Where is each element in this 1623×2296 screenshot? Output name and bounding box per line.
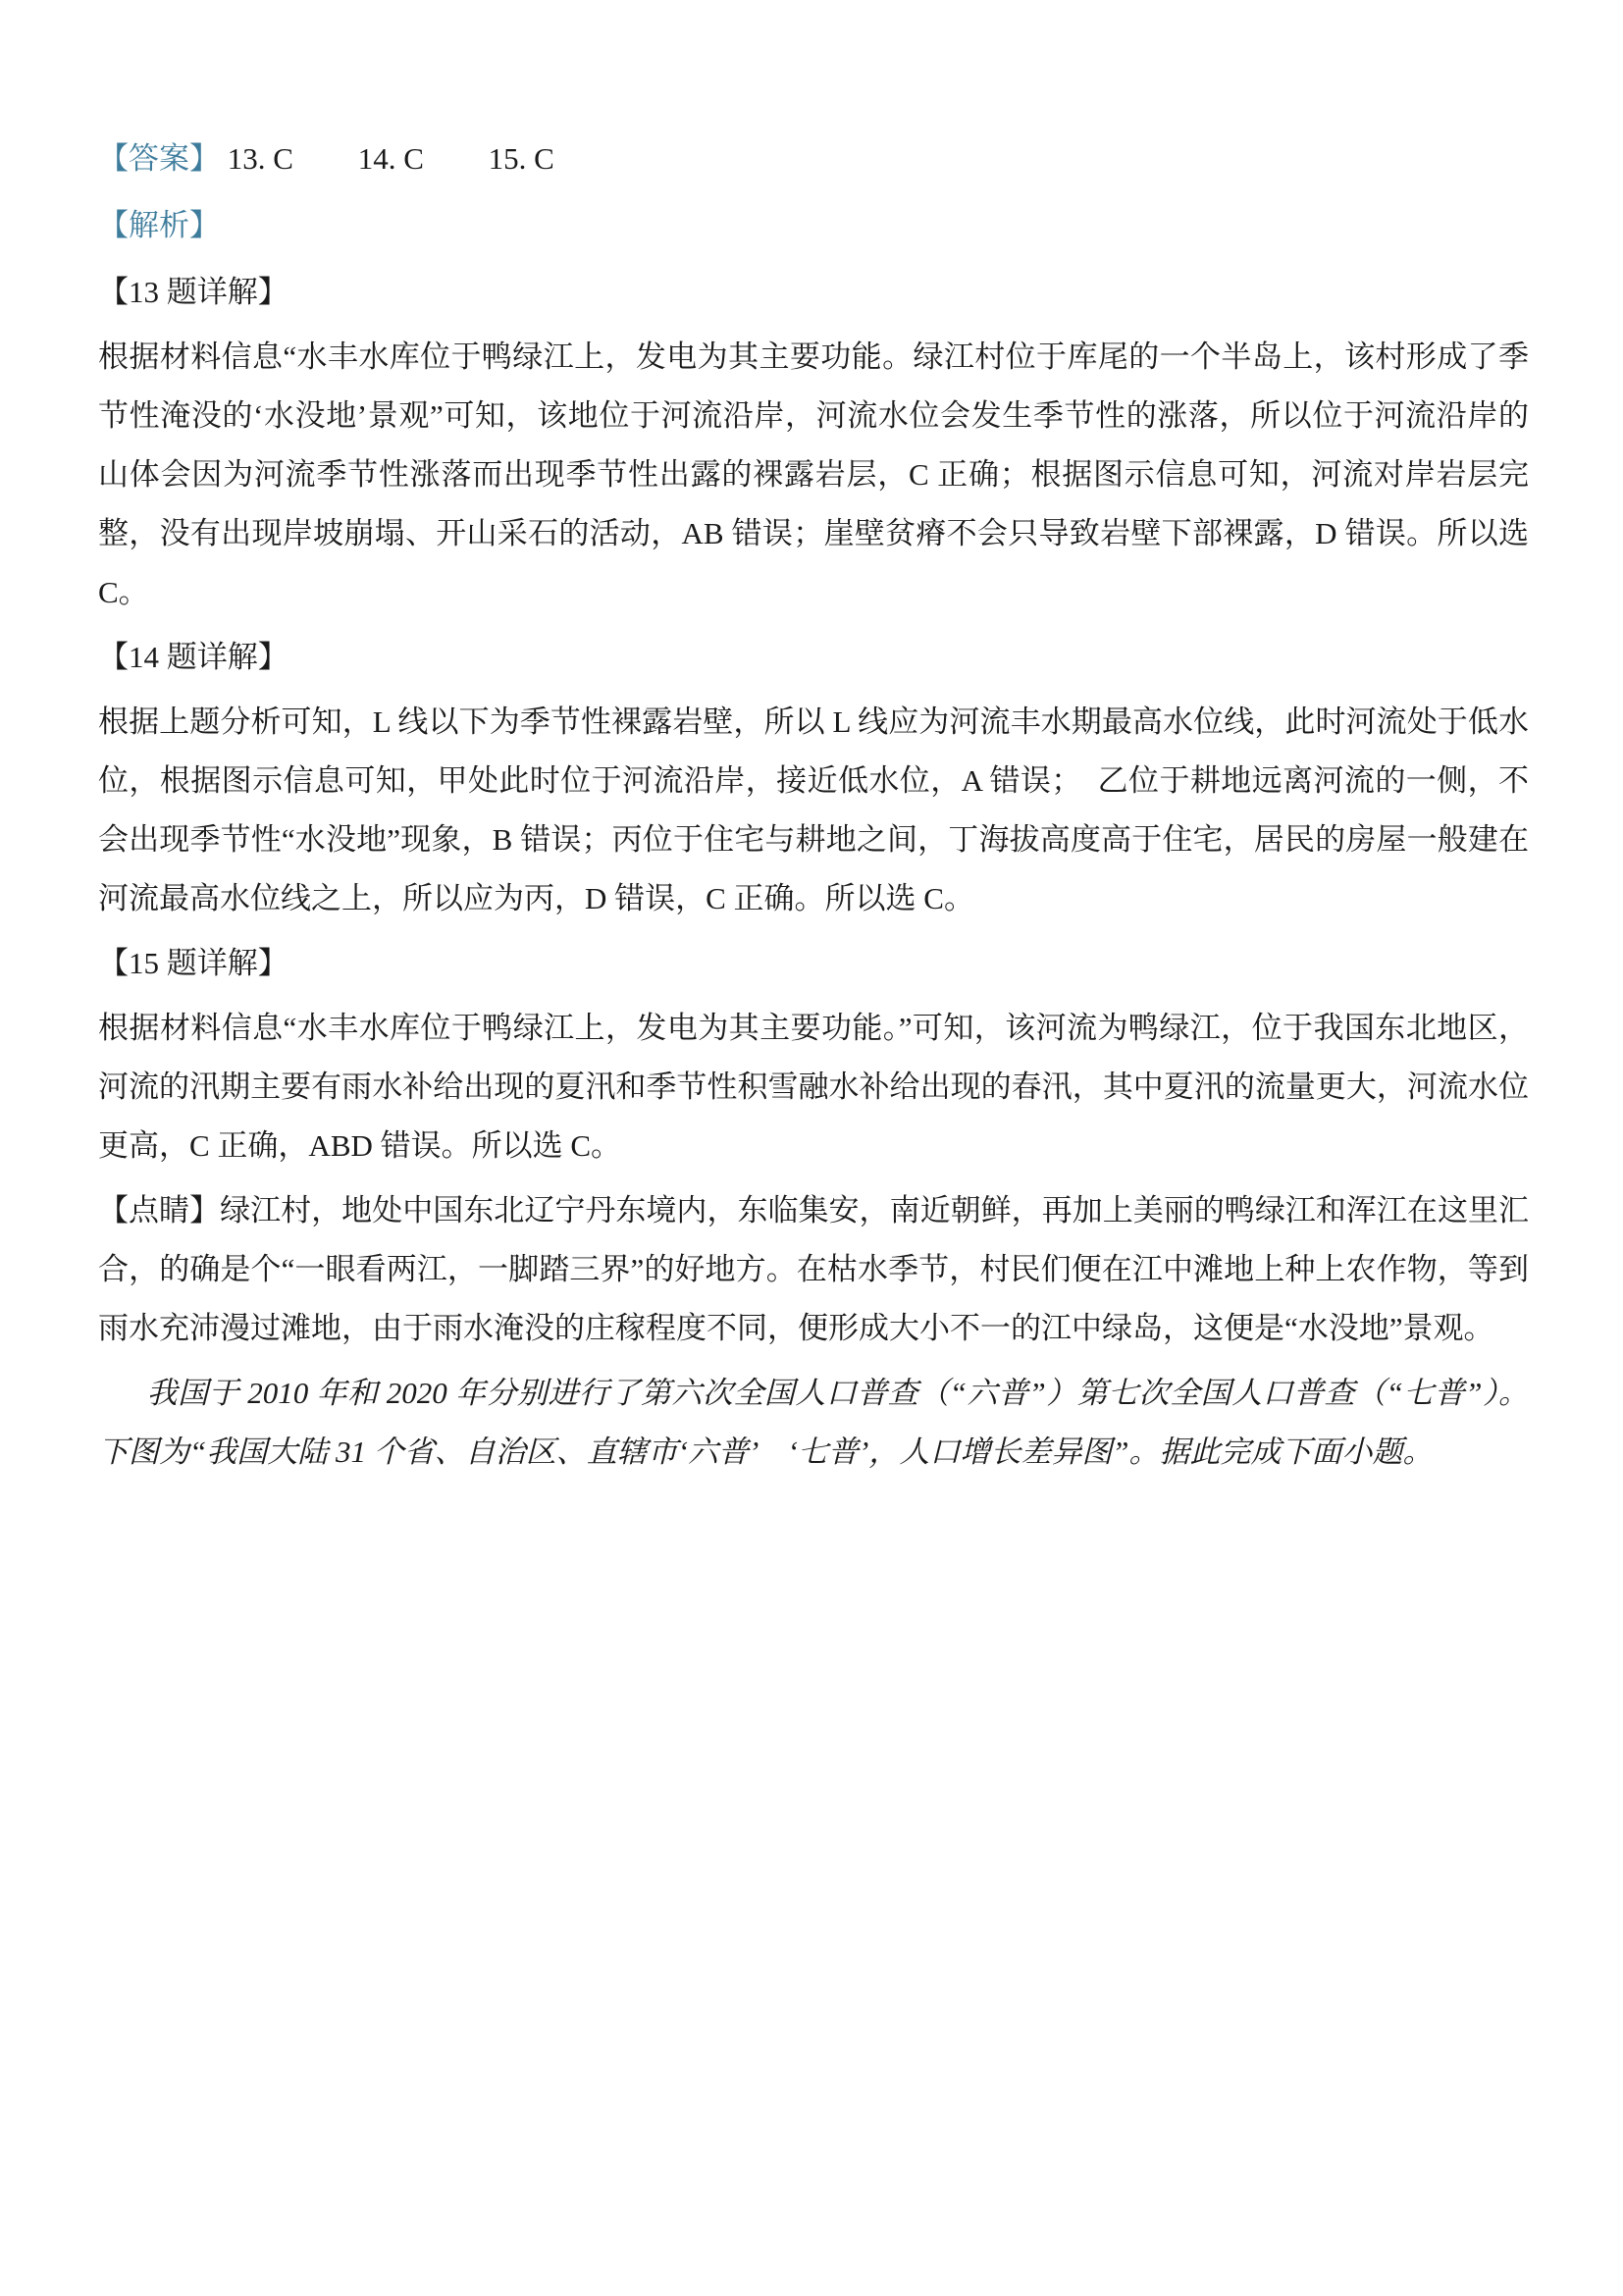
section-q14: 【14 题详解】 根据上题分析可知，L 线以下为季节性裸露岩壁，所以 L 线应为… <box>98 628 1529 928</box>
answer-item-14: 14. C <box>358 130 424 188</box>
tip-paragraph: 【点睛】绿江村，地处中国东北辽宁丹东境内，东临集安，南近朝鲜，再加上美丽的鸭绿江… <box>98 1181 1529 1358</box>
answers-label: 【答案】 <box>98 141 220 176</box>
tip-body: 绿江村，地处中国东北辽宁丹东境内，东临集安，南近朝鲜，再加上美丽的鸭绿江和浑江在… <box>98 1193 1529 1345</box>
section-q15-heading: 【15 题详解】 <box>98 934 1529 993</box>
section-q13: 【13 题详解】 根据材料信息“水丰水库位于鸭绿江上，发电为其主要功能。绿江村位… <box>98 263 1529 622</box>
next-question-intro: 我国于 2010 年和 2020 年分别进行了第六次全国人口普查（“六普”）第七… <box>98 1364 1529 1482</box>
section-q15-body: 根据材料信息“水丰水库位于鸭绿江上，发电为其主要功能。”可知，该河流为鸭绿江，位… <box>98 999 1529 1175</box>
analysis-label: 【解析】 <box>98 208 220 242</box>
answers-line: 【答案】 13. C 14. C 15. C <box>98 130 1529 188</box>
tip-label: 【点睛】 <box>98 1193 220 1227</box>
section-q15: 【15 题详解】 根据材料信息“水丰水库位于鸭绿江上，发电为其主要功能。”可知，… <box>98 934 1529 1175</box>
section-q14-body: 根据上题分析可知，L 线以下为季节性裸露岩壁，所以 L 线应为河流丰水期最高水位… <box>98 693 1529 928</box>
answer-item-13: 13. C <box>228 130 293 188</box>
answer-item-15: 15. C <box>489 130 554 188</box>
document-page: 【答案】 13. C 14. C 15. C 【解析】 【13 题详解】 根据材… <box>0 0 1623 2296</box>
section-q13-heading: 【13 题详解】 <box>98 263 1529 322</box>
section-q14-heading: 【14 题详解】 <box>98 628 1529 687</box>
section-q13-body: 根据材料信息“水丰水库位于鸭绿江上，发电为其主要功能。绿江村位于库尾的一个半岛上… <box>98 328 1529 622</box>
analysis-line: 【解析】 <box>98 196 1529 255</box>
